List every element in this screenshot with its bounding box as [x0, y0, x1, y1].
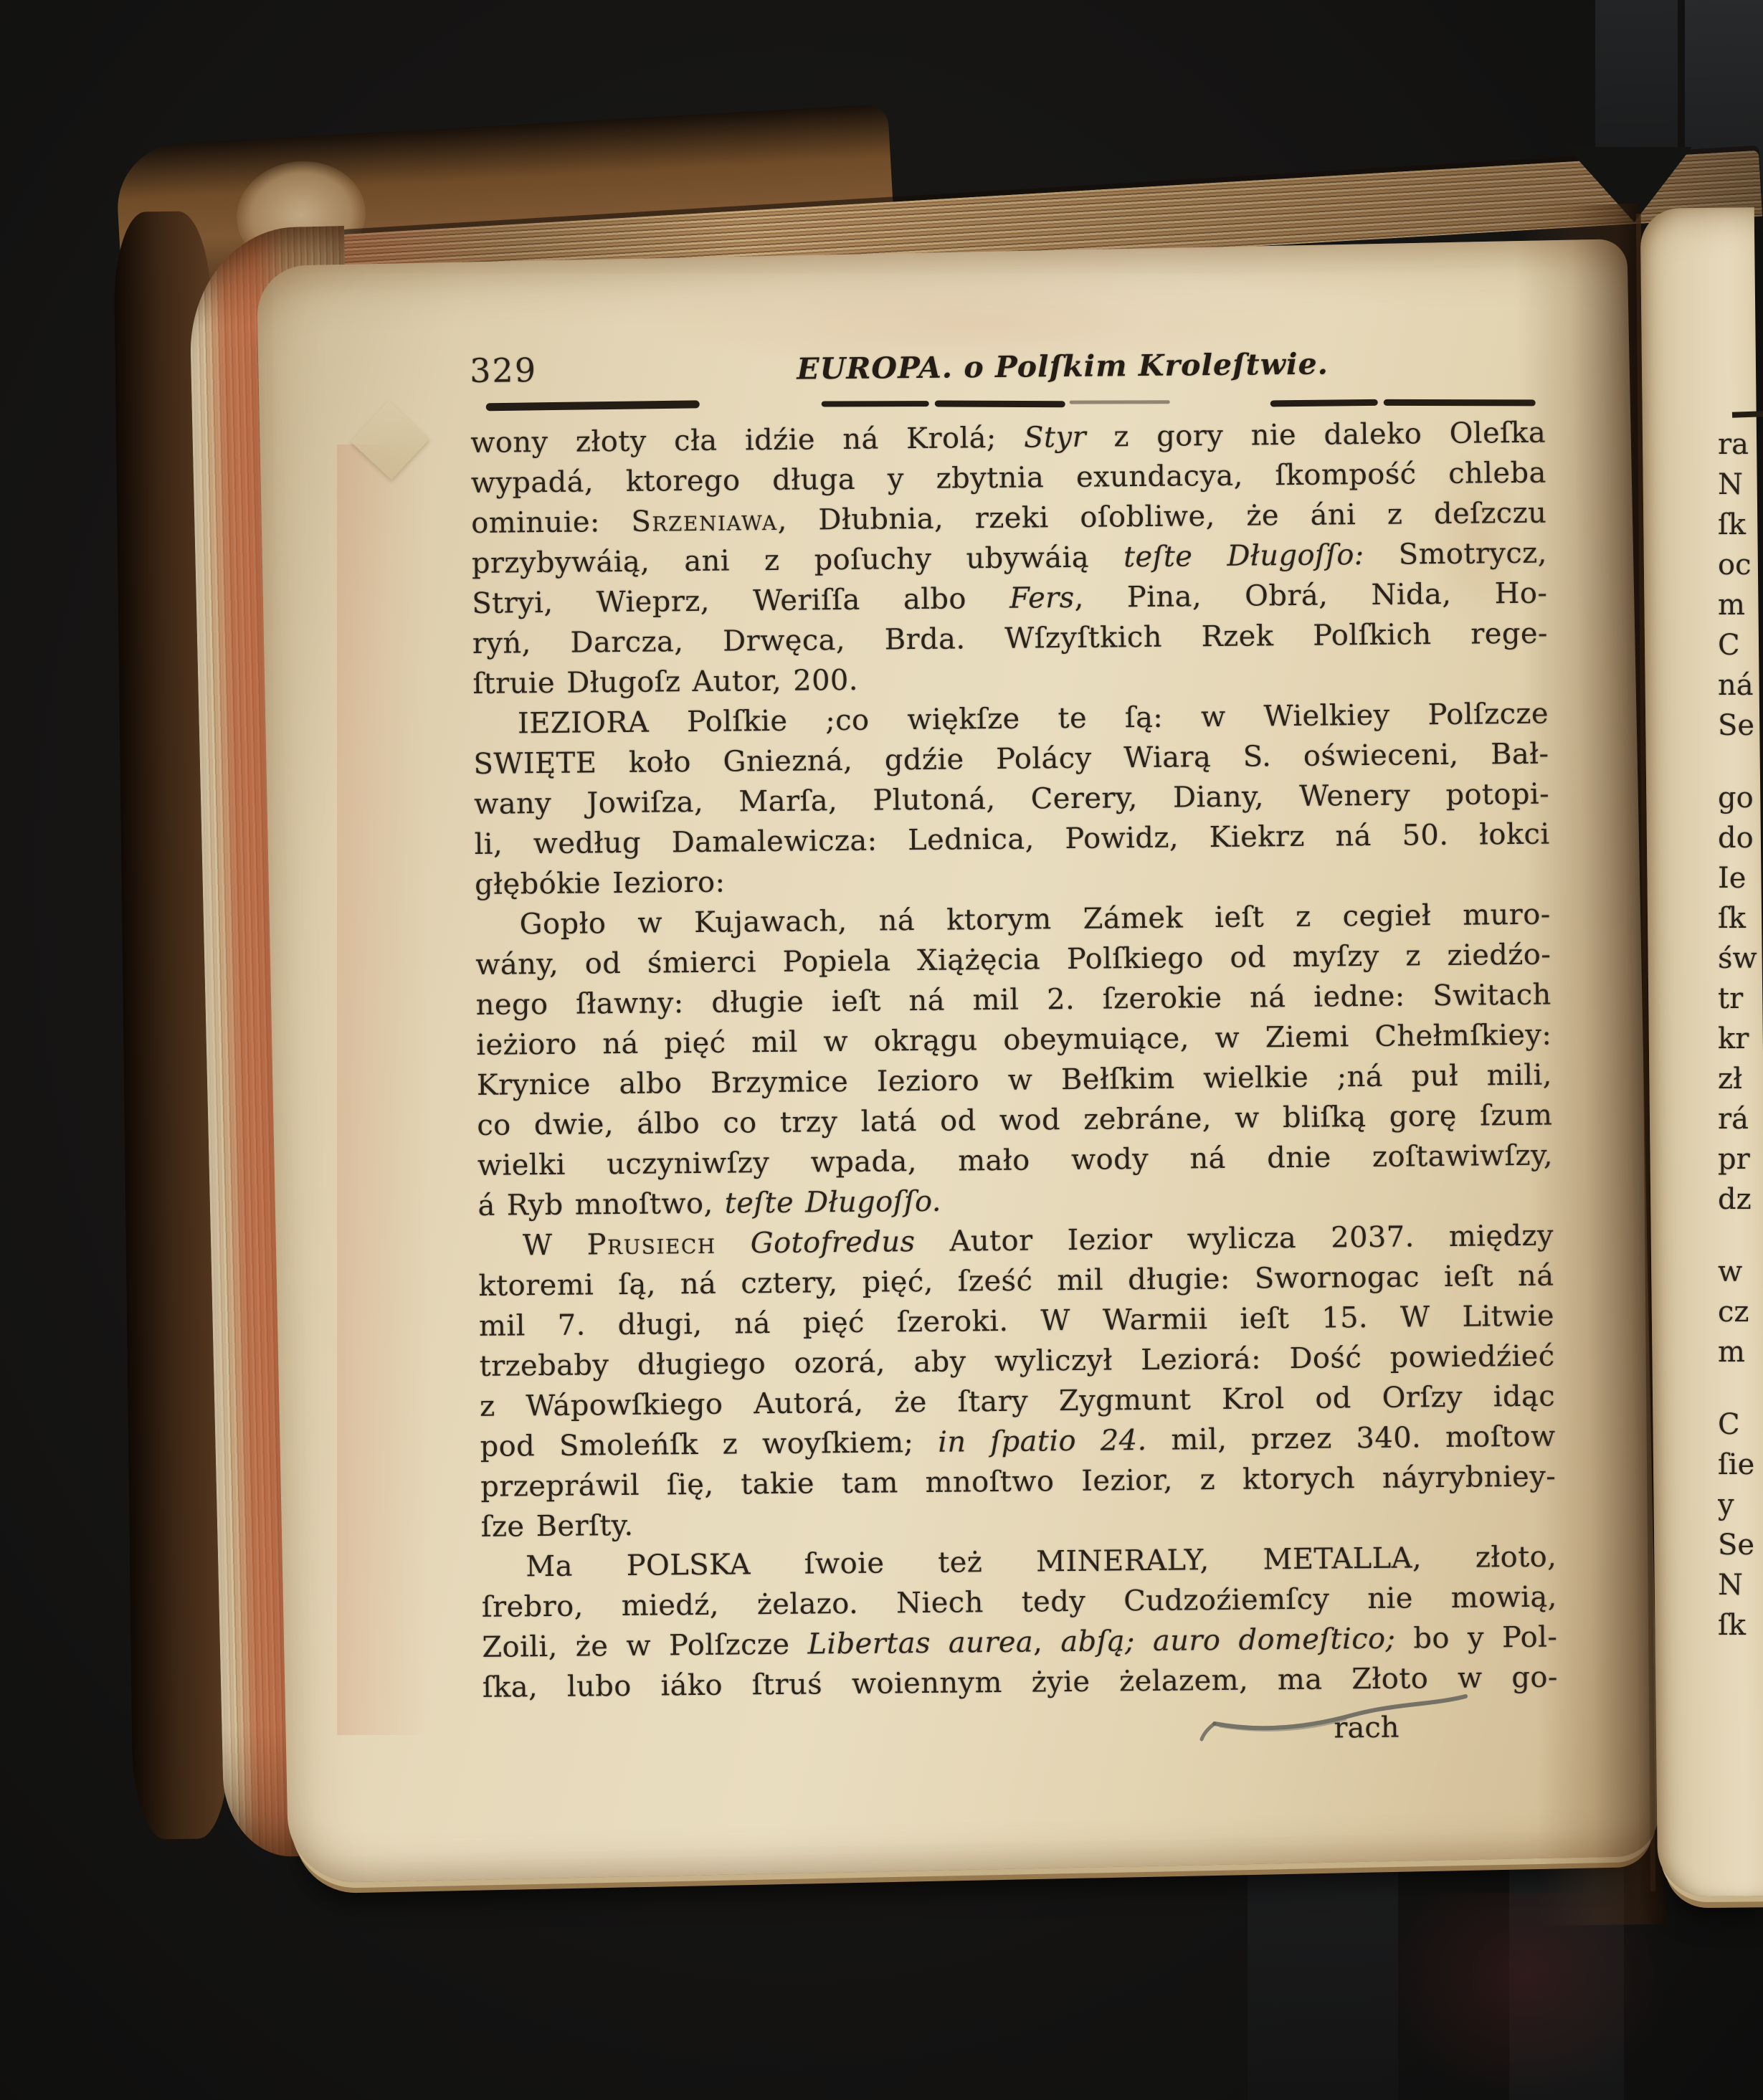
text-segment: przybywáią, ani z poſuchy ubywáią: [472, 541, 1124, 580]
facing-page-header-rule-fragment: [1732, 411, 1763, 417]
facing-page-line-fragment: N: [1718, 1565, 1763, 1605]
facing-page-line-fragment: oc: [1718, 545, 1763, 585]
facing-page-line-fragment: m: [1718, 1332, 1763, 1372]
text-segment: co dwie, álbo co trzy latá od wod zebrán…: [477, 1099, 1552, 1142]
text-segment: nego ſławny: długie ieſt ná mil 2. ſzero…: [476, 979, 1551, 1022]
facing-page-line-fragment: św: [1718, 939, 1763, 979]
header-rule-segment: [1384, 399, 1536, 407]
running-title: EUROPA. o Polſkim Kroleſtwie.: [537, 345, 1546, 389]
facing-page-line-fragment: ná: [1718, 665, 1763, 705]
text-segment: Autor Iezior wylicza 2037. między: [915, 1220, 1554, 1259]
facing-page-line-fragment: rá: [1718, 1099, 1763, 1139]
text-segment: Gopło w Kujawach, ná ktorym Zámek ieſt z…: [519, 898, 1550, 941]
facing-page-line-fragment: y: [1718, 1485, 1763, 1525]
text-segment: Styr: [1024, 421, 1086, 455]
facing-page-line-fragment: do: [1718, 818, 1763, 858]
background-streak: [1248, 1843, 1398, 2100]
text-segment: in ſpatio 24.: [938, 1424, 1147, 1459]
text-segment: W: [523, 1228, 587, 1262]
facing-page-line-fragment: w: [1718, 1252, 1763, 1292]
text-segment: Libertas aurea: [807, 1626, 1033, 1661]
facing-page-line-fragment: Se: [1718, 1525, 1763, 1565]
facing-page-line-fragment: ra: [1718, 424, 1763, 465]
facing-page-line-fragment: Ie: [1718, 858, 1763, 898]
page-number: 329: [470, 351, 537, 390]
facing-page-line-fragment: tr: [1718, 979, 1763, 1019]
text-segment: teſte Długoſſo:: [1123, 538, 1364, 574]
header-rule-segment: [1270, 399, 1378, 407]
facing-page-line-fragment: ſk: [1718, 1605, 1763, 1645]
facing-page-line-fragment: go: [1718, 778, 1763, 818]
left-page-text-block: 329 EUROPA. o Polſkim Kroleſtwie. wony z…: [470, 341, 1559, 1757]
facing-page-line-fragment: C: [1718, 625, 1763, 665]
text-segment: , Pina, Obrá, Nida, Ho-: [1074, 577, 1547, 614]
text-segment: á Ryb mnoſtwo,: [477, 1187, 725, 1222]
text-segment: teſte Długoſſo.: [725, 1185, 942, 1220]
text-segment: Gotofredus: [751, 1225, 916, 1260]
text-segment: bo y Pol-: [1395, 1621, 1557, 1655]
text-segment: Zoili, że w Polſzcze: [482, 1628, 808, 1664]
facing-page-line-fragment: dz: [1718, 1179, 1763, 1220]
text-segment: z Wápowſkiego Autorá, że ſtary Zygmunt K…: [480, 1380, 1555, 1423]
body-text: wony złoty cła idźie ná Krolá; Styr z go…: [470, 413, 1558, 1708]
facing-page-line-fragment: pr: [1718, 1139, 1763, 1179]
text-segment: ſrebro, miedź, żelazo. Niech tedy Cudzoź…: [482, 1581, 1557, 1624]
text-segment: wielki uczyniwſzy wpada, mało wody ná dn…: [477, 1139, 1553, 1182]
text-segment: ominuie:: [471, 505, 632, 540]
text-segment: SWIĘTE koło Gniezná, gdźie Polácy Wiarą …: [473, 738, 1549, 781]
facing-page-text-fragments: raNſkocmCnáSegodoIeſkśwtrkrzłráprdzwczmC…: [1718, 424, 1763, 1679]
text-segment: wony złoty cła idźie ná Krolá;: [470, 422, 1024, 460]
facing-page-line-fragment: zł: [1718, 1059, 1763, 1099]
text-segment: ktoremi ſą, ná cztery, pięć, ſześć mil d…: [478, 1260, 1554, 1303]
header-rule-segment: [1070, 400, 1170, 404]
text-segment: przepráwil ſię, takie tam mnoſtwo Iezior…: [480, 1460, 1556, 1503]
text-segment: Prusiech: [586, 1227, 716, 1262]
text-segment: Fers: [1009, 581, 1075, 615]
facing-page-paragraph-gap: [1718, 746, 1763, 778]
text-segment: , Dłubnia, rzeki oſobliwe, że áni z deſz…: [777, 497, 1546, 537]
text-segment: Stryi, Wieprz, Weriſſa albo: [472, 582, 1009, 620]
facing-page-line-fragment: ſk: [1718, 505, 1763, 545]
header-rule-segment: [486, 400, 700, 411]
facing-page-line-fragment: ſie: [1718, 1445, 1763, 1485]
header-rule: [470, 389, 1546, 419]
page-header: 329 EUROPA. o Polſkim Kroleſtwie.: [470, 341, 1546, 396]
facing-page-paragraph-gap: [1718, 1220, 1763, 1252]
text-segment: wypadá, ktorego długa y zbytnia exundacy…: [471, 457, 1546, 500]
text-segment: ſtruie Długoſz Autor, 200.: [472, 664, 858, 700]
text-segment: z gory nie daleko Oleſka: [1086, 417, 1546, 454]
facing-page-line-fragment: Se: [1718, 705, 1763, 746]
facing-page-line-fragment: m: [1718, 585, 1763, 625]
text-segment: Krynice albo Brzymice Iezioro w Bełſkim …: [477, 1059, 1552, 1102]
text-segment: [1135, 1625, 1154, 1658]
text-segment: ,: [1033, 1625, 1061, 1658]
text-segment: mil 7. długi, ná pięć ſzeroki. W Warmii …: [479, 1300, 1554, 1343]
text-segment: mil, przez 340. moſtow: [1146, 1420, 1555, 1457]
text-segment: ieżioro ná pięć mil w okrągu obeymuiące,…: [476, 1019, 1551, 1062]
text-segment: li, według Damalewicza: Lednica, Powidz,…: [474, 818, 1549, 861]
text-segment: wány, od śmierci Popiela Xiążęcia Polſki…: [475, 939, 1551, 982]
text-segment: pod Smoleńſk z woyſkiem;: [480, 1426, 938, 1463]
text-segment: Ma POLSKA ſwoie też MINERALY, METALLA, z…: [526, 1541, 1557, 1584]
text-segment: trzebaby długiego ozorá, aby wyliczył Le…: [479, 1340, 1554, 1383]
text-segment: IEZIORA Polſkie ;co więkſze te ſą: w Wie…: [518, 698, 1549, 741]
text-segment: ryń, Darcza, Drwęca, Brda. Wſzyſtkich Rz…: [472, 617, 1548, 660]
text-segment: Srzeniawa: [631, 504, 778, 538]
facing-page-line-fragment: N: [1718, 465, 1763, 505]
facing-page-line-fragment: ſk: [1718, 898, 1763, 939]
facing-page-line-fragment: C: [1718, 1405, 1763, 1445]
text-segment: auro domeſtico;: [1153, 1622, 1396, 1658]
text-segment: głębókie Iezioro:: [475, 866, 726, 901]
text-segment: ſze Berſty.: [481, 1509, 634, 1544]
facing-page-line-fragment: cz: [1718, 1292, 1763, 1332]
text-segment: wany Jowiſza, Marſa, Plutoná, Cerery, Di…: [474, 778, 1549, 821]
header-rule-segment: [822, 401, 929, 407]
text-segment: [716, 1227, 751, 1260]
facing-page-line-fragment: kr: [1718, 1019, 1763, 1059]
facing-page-paragraph-gap: [1718, 1372, 1763, 1405]
header-rule-segment: [935, 400, 1065, 407]
hand-drawn-underline-mark: [1199, 1683, 1471, 1742]
text-segment: abſą;: [1060, 1625, 1135, 1658]
